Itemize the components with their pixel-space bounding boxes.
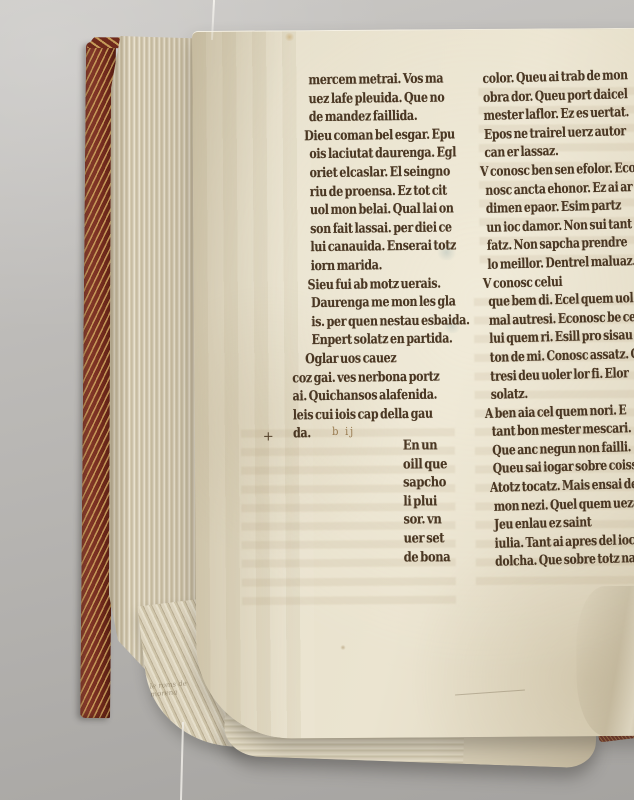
manuscript-line: li plui [403, 492, 450, 511]
manuscript-line: Dieu coman bel esgar. Epu [304, 125, 467, 146]
text-column-b: color. Queu ai trab de monobra dor. Queu… [482, 66, 634, 572]
manuscript-line: ois laciutat daurenga. Egl [309, 144, 468, 165]
manuscript-line: de bona [404, 548, 451, 567]
manuscript-line: lui canauida. Enserai totz [310, 237, 469, 258]
manuscript-line: ai. Quichansos alafenida. [292, 385, 470, 406]
manuscript-line: de mandez faillida. [309, 106, 468, 127]
manuscript-line: uez lafe pleuida. Que no [309, 88, 468, 109]
manuscript-line: Enpert solatz en partida. [311, 330, 470, 351]
manuscript-line: uer set [403, 529, 450, 548]
manuscript-line: oill que [403, 455, 450, 474]
conservation-thread-bottom [180, 722, 184, 800]
manuscript-line: coz gai. ves nerbona portz [292, 367, 470, 388]
manuscript-line: leis cui iois cap della gau [293, 404, 471, 425]
parchment-stain [340, 645, 346, 650]
page-fold-shading [576, 586, 634, 736]
text-column-a-insert: En unoill quesapcholi pluisor. vnuer set… [403, 436, 451, 566]
margin-cross-mark: + [263, 429, 274, 444]
manuscript-line: sor. vn [403, 511, 450, 530]
quire-signature: b ij [332, 425, 355, 438]
manuscript-line: Sieu fui ab motz uerais. [308, 274, 470, 295]
photo-scene: mercem metrai. Vos mauez lafe pleuida. Q… [0, 0, 634, 800]
manuscript-line: sapcho [403, 473, 450, 492]
manuscript-line: Daurenga me mon les gla [311, 292, 470, 313]
manuscript-line: iorn marida. [311, 255, 470, 276]
manuscript-line: uol mon belai. Qual lai on [310, 199, 469, 220]
parchment-page: mercem metrai. Vos mauez lafe pleuida. Q… [192, 28, 634, 739]
manuscript-line: lo meillor. Dentrel maluaz. [487, 252, 634, 275]
manuscript-line: Oglar uos cauez [305, 348, 470, 369]
manuscript-line: dolcha. Que sobre totz nai [495, 549, 634, 572]
parchment-stain [284, 33, 295, 41]
manuscript-line: mon nezi. Quel quem uezaz. [493, 493, 634, 516]
manuscript-line: riu de proensa. Ez tot cit [310, 181, 469, 202]
manuscript-line: En un [403, 436, 450, 455]
manuscript-line: son fait lassai. per diei ce [310, 218, 469, 239]
manuscript-line: is. per quen nestau esbaida. [311, 311, 470, 332]
manuscript-line: tresi deu uoler lor fi. Elor [490, 363, 634, 386]
manuscript-line: mercem metrai. Vos ma [308, 69, 467, 90]
text-column-a: mercem metrai. Vos mauez lafe pleuida. Q… [308, 69, 471, 443]
manuscript-line: oriet elcaslar. El seingno [309, 162, 468, 183]
